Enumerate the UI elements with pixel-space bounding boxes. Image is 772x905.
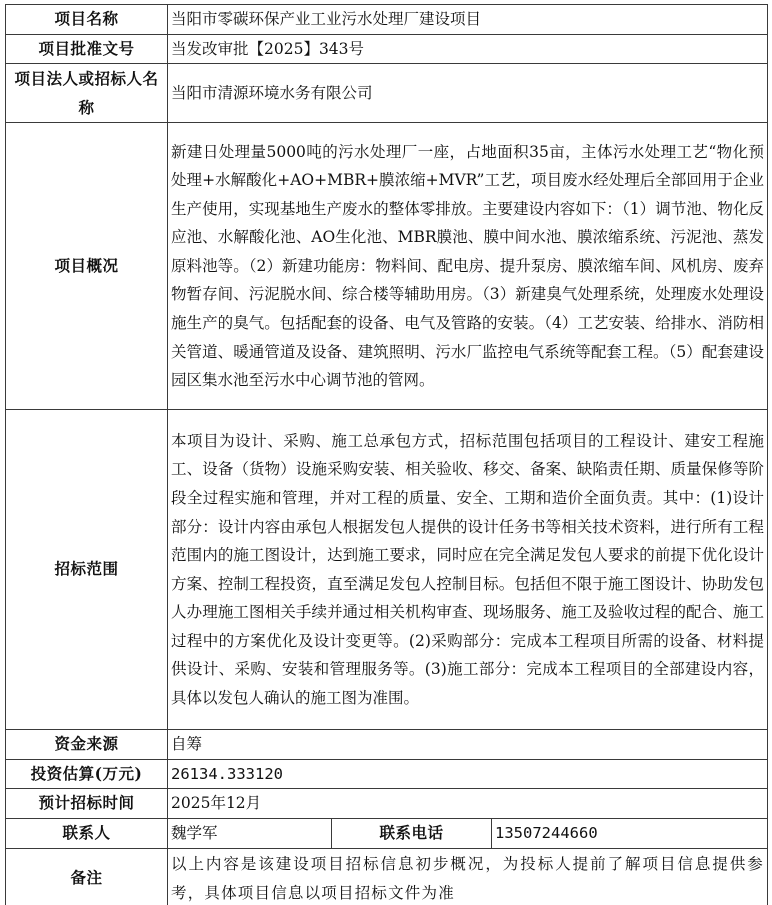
value-legal-entity: 当阳市清源环境水务有限公司: [168, 64, 768, 123]
value-contact-person: 魏学军: [168, 818, 332, 848]
label-remark: 备注: [6, 848, 168, 905]
label-fund-source: 资金来源: [6, 730, 168, 760]
value-project-overview: 新建日处理量5000吨的污水处理厂一座，占地面积35亩，主体污水处理工艺“物化预…: [168, 123, 768, 410]
value-fund-source: 自筹: [168, 730, 768, 760]
row-project-name: 项目名称 当阳市零碳环保产业工业污水处理厂建设项目: [6, 5, 768, 35]
row-investment-estimate: 投资估算(万元) 26134.333120: [6, 759, 768, 789]
label-approval-number: 项目批准文号: [6, 34, 168, 64]
value-remark: 以上内容是该建设项目招标信息初步概况，为投标人提前了解项目信息提供参考，具体项目…: [168, 848, 768, 905]
value-bid-scope: 本项目为设计、采购、施工总承包方式，招标范围包括项目的工程设计、建安工程施工、设…: [168, 410, 768, 730]
value-approval-number: 当发改审批【2025】343号: [168, 34, 768, 64]
label-contact-person: 联系人: [6, 818, 168, 848]
row-legal-entity: 项目法人或招标人名称 当阳市清源环境水务有限公司: [6, 64, 768, 123]
value-investment-estimate: 26134.333120: [168, 759, 768, 789]
row-project-overview: 项目概况 新建日处理量5000吨的污水处理厂一座，占地面积35亩，主体污水处理工…: [6, 123, 768, 410]
value-contact-phone: 13507244660: [492, 818, 768, 848]
row-bid-scope: 招标范围 本项目为设计、采购、施工总承包方式，招标范围包括项目的工程设计、建安工…: [6, 410, 768, 730]
label-legal-entity: 项目法人或招标人名称: [6, 64, 168, 123]
label-project-overview: 项目概况: [6, 123, 168, 410]
row-remark: 备注 以上内容是该建设项目招标信息初步概况，为投标人提前了解项目信息提供参考，具…: [6, 848, 768, 905]
row-fund-source: 资金来源 自筹: [6, 730, 768, 760]
label-contact-phone: 联系电话: [332, 818, 492, 848]
label-investment-estimate: 投资估算(万元): [6, 759, 168, 789]
row-contact: 联系人 魏学军 联系电话 13507244660: [6, 818, 768, 848]
row-bid-time: 预计招标时间 2025年12月: [6, 789, 768, 819]
value-project-name: 当阳市零碳环保产业工业污水处理厂建设项目: [168, 5, 768, 35]
label-bid-time: 预计招标时间: [6, 789, 168, 819]
label-bid-scope: 招标范围: [6, 410, 168, 730]
row-approval-number: 项目批准文号 当发改审批【2025】343号: [6, 34, 768, 64]
label-project-name: 项目名称: [6, 5, 168, 35]
value-bid-time: 2025年12月: [168, 789, 768, 819]
project-info-table: 项目名称 当阳市零碳环保产业工业污水处理厂建设项目 项目批准文号 当发改审批【2…: [5, 4, 768, 905]
